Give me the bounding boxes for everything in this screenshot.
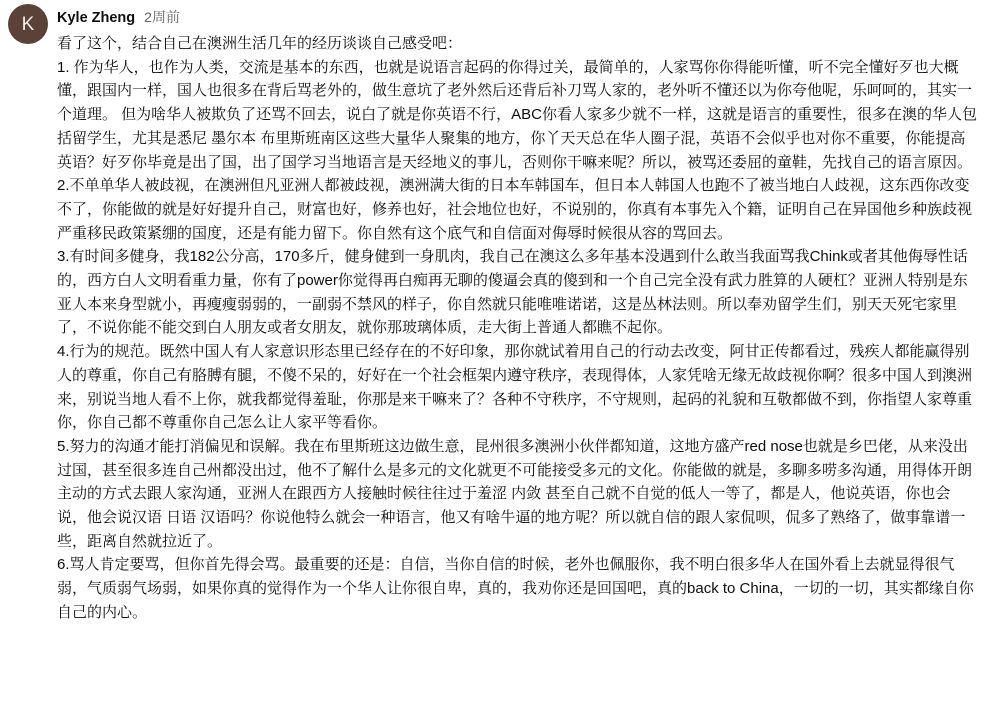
comment-thread: K Kyle Zheng 2周前 看了这个，结合自己在澳洲生活几年的经历谈谈自己… — [0, 0, 987, 625]
comment-paragraph-1: 1. 作为华人，也作为人类，交流是基本的东西，也就是说语言起码的你得过关，最简单… — [57, 56, 978, 175]
comment-author[interactable]: Kyle Zheng — [57, 10, 135, 26]
comment-content: Kyle Zheng 2周前 看了这个，结合自己在澳洲生活几年的经历谈谈自己感受… — [57, 4, 979, 625]
comment-paragraph-5: 5.努力的沟通才能打消偏见和误解。我在布里斯班这边做生意，昆州很多澳洲小伙伴都知… — [57, 435, 978, 554]
avatar-letter: K — [22, 15, 35, 34]
comment-paragraph-3: 3.有时间多健身，我182公分高，170多斤，健身健到一身肌肉，我自己在澳这么多… — [57, 245, 978, 340]
comment-header: Kyle Zheng 2周前 — [57, 7, 979, 27]
comment-body: 看了这个，结合自己在澳洲生活几年的经历谈谈自己感受吧： 1. 作为华人，也作为人… — [57, 32, 978, 625]
comment-paragraph-6: 6.骂人肯定要骂，但你首先得会骂。最重要的还是：自信，当你自信的时候，老外也佩服… — [57, 553, 978, 624]
comment-timestamp[interactable]: 2周前 — [144, 7, 180, 27]
comment-paragraph-intro: 看了这个，结合自己在澳洲生活几年的经历谈谈自己感受吧： — [57, 32, 978, 56]
comment-paragraph-2: 2.不单单华人被歧视，在澳洲但凡亚洲人都被歧视，澳洲满大街的日本车韩国车，但日本… — [57, 174, 978, 245]
avatar[interactable]: K — [8, 4, 48, 44]
comment-paragraph-4: 4.行为的规范。既然中国人有人家意识形态里已经存在的不好印象，那你就试着用自己的… — [57, 340, 978, 435]
